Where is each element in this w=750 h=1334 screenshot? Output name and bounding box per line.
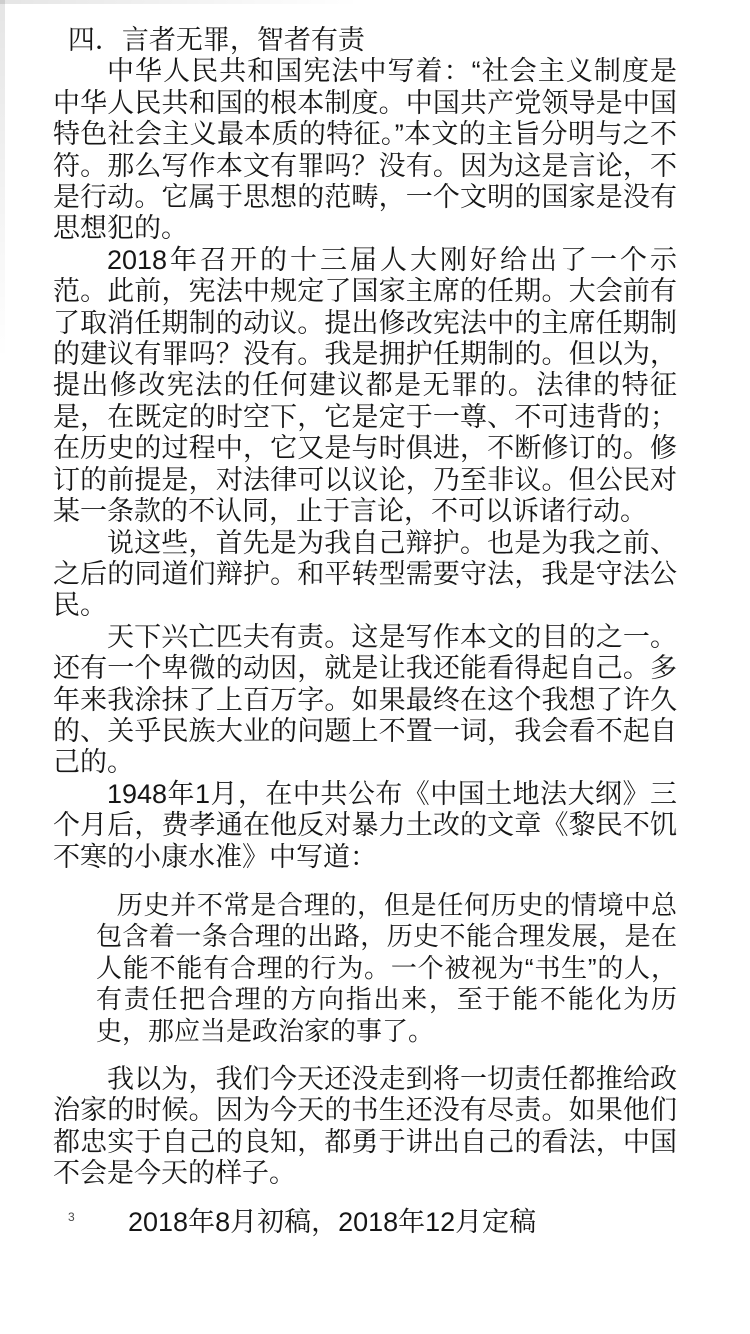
document-page: 四．言者无罪，智者有责 中华人民共和国宪法中写着：“社会主义制度是中华人民共和国…	[0, 0, 750, 1334]
block-quote: 历史并不常是合理的，但是任何历史的情境中总包含着一条合理的出路，历史不能合理发展…	[96, 890, 677, 1047]
page-edge-shadow-top	[0, 0, 360, 4]
paragraph: 中华人民共和国宪法中写着：“社会主义制度是中华人民共和国的根本制度。中国共产党领…	[53, 56, 677, 244]
section-heading: 四．言者无罪，智者有责	[53, 25, 677, 56]
page-edge-shadow-left	[0, 0, 5, 360]
paragraph: 2018年召开的十三届人大刚好给出了一个示范。此前，宪法中规定了国家主席的任期。…	[53, 245, 677, 528]
page-number: 3	[68, 1210, 75, 1224]
closing-paragraph: 我以为，我们今天还没走到将一切责任都推给政治家的时候。因为今天的书生还没有尽责。…	[53, 1064, 677, 1190]
paragraph: 说这些，首先是为我自己辩护。也是为我之前、之后的同道们辩护。和平转型需要守法，我…	[53, 528, 677, 622]
article-body: 四．言者无罪，智者有责 中华人民共和国宪法中写着：“社会主义制度是中华人民共和国…	[53, 25, 677, 1238]
dateline: 2018年8月初稿，2018年12月定稿	[53, 1207, 677, 1238]
paragraph: 1948年1月，在中共公布《中国土地法大纲》三个月后，费孝通在他反对暴力土改的文…	[53, 779, 677, 873]
paragraph: 天下兴亡匹夫有责。这是写作本文的目的之一。还有一个卑微的动因，就是让我还能看得起…	[53, 622, 677, 779]
